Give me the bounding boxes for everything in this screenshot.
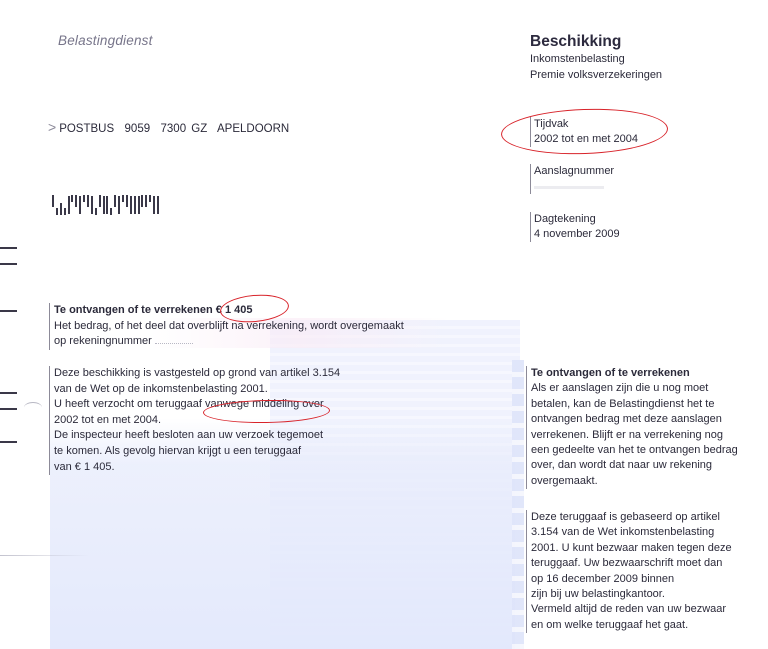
barcode-bar <box>134 196 136 214</box>
middeling-highlight: vanwege middeling <box>205 398 299 410</box>
objection-line: en om welke teruggaaf het gaat. <box>531 618 732 633</box>
decision-line: te komen. Als gevolg hiervan krijgt u ee… <box>54 444 340 460</box>
aanslagnummer-field: Aanslagnummer <box>530 164 614 194</box>
amount-block: Te ontvangen of te verrekenen € 1 405 He… <box>49 303 404 350</box>
decision-line: 2002 tot en met 2004. <box>54 413 340 429</box>
objection-line: teruggaaf. Uw bezwaarschrift moet dan <box>531 556 732 571</box>
fold-mark <box>0 392 17 394</box>
barcode-bar <box>99 195 101 207</box>
objection-line: op 16 december 2009 binnen <box>531 572 732 587</box>
barcode-bar <box>71 195 73 202</box>
chevron-right-icon: > <box>48 119 56 135</box>
objection-line: 3.154 van de Wet inkomstenbelasting <box>531 525 732 540</box>
barcode-bar <box>75 195 77 207</box>
account-label: op rekeningnummer <box>54 335 152 347</box>
decision-block: Deze beschikking is vastgesteld op grond… <box>49 366 340 475</box>
fold-mark <box>0 408 17 410</box>
barcode-bar <box>153 196 155 214</box>
fold-mark <box>0 310 17 312</box>
barcode-bar <box>141 195 143 207</box>
barcode-bar <box>149 195 151 202</box>
objection-sidebar-block: Deze teruggaaf is gebaseerd op artikel3.… <box>526 510 732 633</box>
aanslagnummer-label: Aanslagnummer <box>534 164 614 179</box>
barcode-bar <box>87 195 89 207</box>
barcode-bar <box>79 196 81 214</box>
aanslagnummer-value-redacted <box>534 179 614 194</box>
fold-mark <box>0 263 17 265</box>
account-number-redacted <box>155 335 193 344</box>
barcode-bar <box>60 203 62 215</box>
return-address: >POSTBUS 9059 7300 GZ APELDOORN <box>48 119 289 135</box>
info-line: ontvangen bedrag met deze aanslagen <box>531 412 738 427</box>
info-line: betalen, kan de Belastingdienst het te <box>531 397 738 412</box>
barcode-bar <box>64 208 66 215</box>
postal-barcode <box>52 195 159 215</box>
scan-tint <box>512 360 524 649</box>
barcode-bar <box>106 196 108 214</box>
decision-line: Deze beschikking is vastgesteld op grond… <box>54 366 340 382</box>
tijdvak-field: Tijdvak 2002 tot en met 2004 <box>530 117 638 147</box>
fold-arc <box>24 402 42 413</box>
barcode-bar <box>56 208 58 215</box>
document-title: Beschikking <box>530 33 621 51</box>
amount-heading: Te ontvangen of te verrekenen <box>54 304 213 316</box>
info-line: overgemaakt. <box>531 474 738 489</box>
barcode-bar <box>110 208 112 215</box>
tijdvak-value: 2002 tot en met 2004 <box>534 132 638 147</box>
barcode-bar <box>52 195 54 207</box>
amount-text: Het bedrag, of het deel dat overblijft n… <box>54 319 404 335</box>
info-sidebar-block: Te ontvangen of te verrekenen Als er aan… <box>526 366 738 489</box>
brand-logo-text: Belastingdienst <box>58 33 153 48</box>
barcode-bar <box>138 196 140 214</box>
decision-line: van de Wet op de inkomstenbelasting 2001… <box>54 382 340 398</box>
objection-line: Vermeld altijd de reden van uw bezwaar <box>531 602 732 617</box>
decision-line: De inspecteur heeft besloten aan uw verz… <box>54 428 340 444</box>
barcode-bar <box>68 196 70 214</box>
tijdvak-label: Tijdvak <box>534 117 638 132</box>
return-address-text: POSTBUS 9059 7300 GZ APELDOORN <box>59 123 289 135</box>
document-subtitle: Inkomstenbelasting <box>530 53 625 65</box>
dagtekening-label: Dagtekening <box>534 212 620 227</box>
info-line: een gedeelte van het te ontvangen bedrag <box>531 443 738 458</box>
barcode-bar <box>130 196 132 214</box>
dagtekening-value: 4 november 2009 <box>534 227 620 242</box>
objection-line: Deze teruggaaf is gebaseerd op artikel <box>531 510 732 525</box>
decision-line: U heeft verzocht om teruggaaf vanwege mi… <box>54 397 340 413</box>
info-line: Als er aanslagen zijn die u nog moet <box>531 381 738 396</box>
document-subtitle: Premie volksverzekeringen <box>530 69 662 81</box>
info-line: over, dan wordt dat naar uw rekening <box>531 458 738 473</box>
dagtekening-field: Dagtekening 4 november 2009 <box>530 212 620 242</box>
barcode-bar <box>103 196 105 214</box>
barcode-bar <box>91 196 93 214</box>
fold-mark <box>0 441 17 443</box>
barcode-bar <box>122 195 124 202</box>
objection-line: zijn bij uw belastingkantoor. <box>531 587 732 602</box>
barcode-bar <box>83 195 85 202</box>
barcode-bar <box>126 195 128 207</box>
barcode-bar <box>95 208 97 215</box>
amount-value: € 1 405 <box>216 304 253 316</box>
barcode-bar <box>157 196 159 214</box>
barcode-bar <box>118 196 120 214</box>
fold-line <box>0 555 90 556</box>
fold-mark <box>0 247 17 249</box>
barcode-bar <box>114 195 116 207</box>
decision-line: van € 1 405. <box>54 460 340 476</box>
barcode-bar <box>145 195 147 207</box>
info-line: verrekenen. Blijft er na verrekening nog <box>531 428 738 443</box>
objection-line: 2001. U kunt bezwaar maken tegen deze <box>531 541 732 556</box>
info-heading: Te ontvangen of te verrekenen <box>531 367 690 379</box>
